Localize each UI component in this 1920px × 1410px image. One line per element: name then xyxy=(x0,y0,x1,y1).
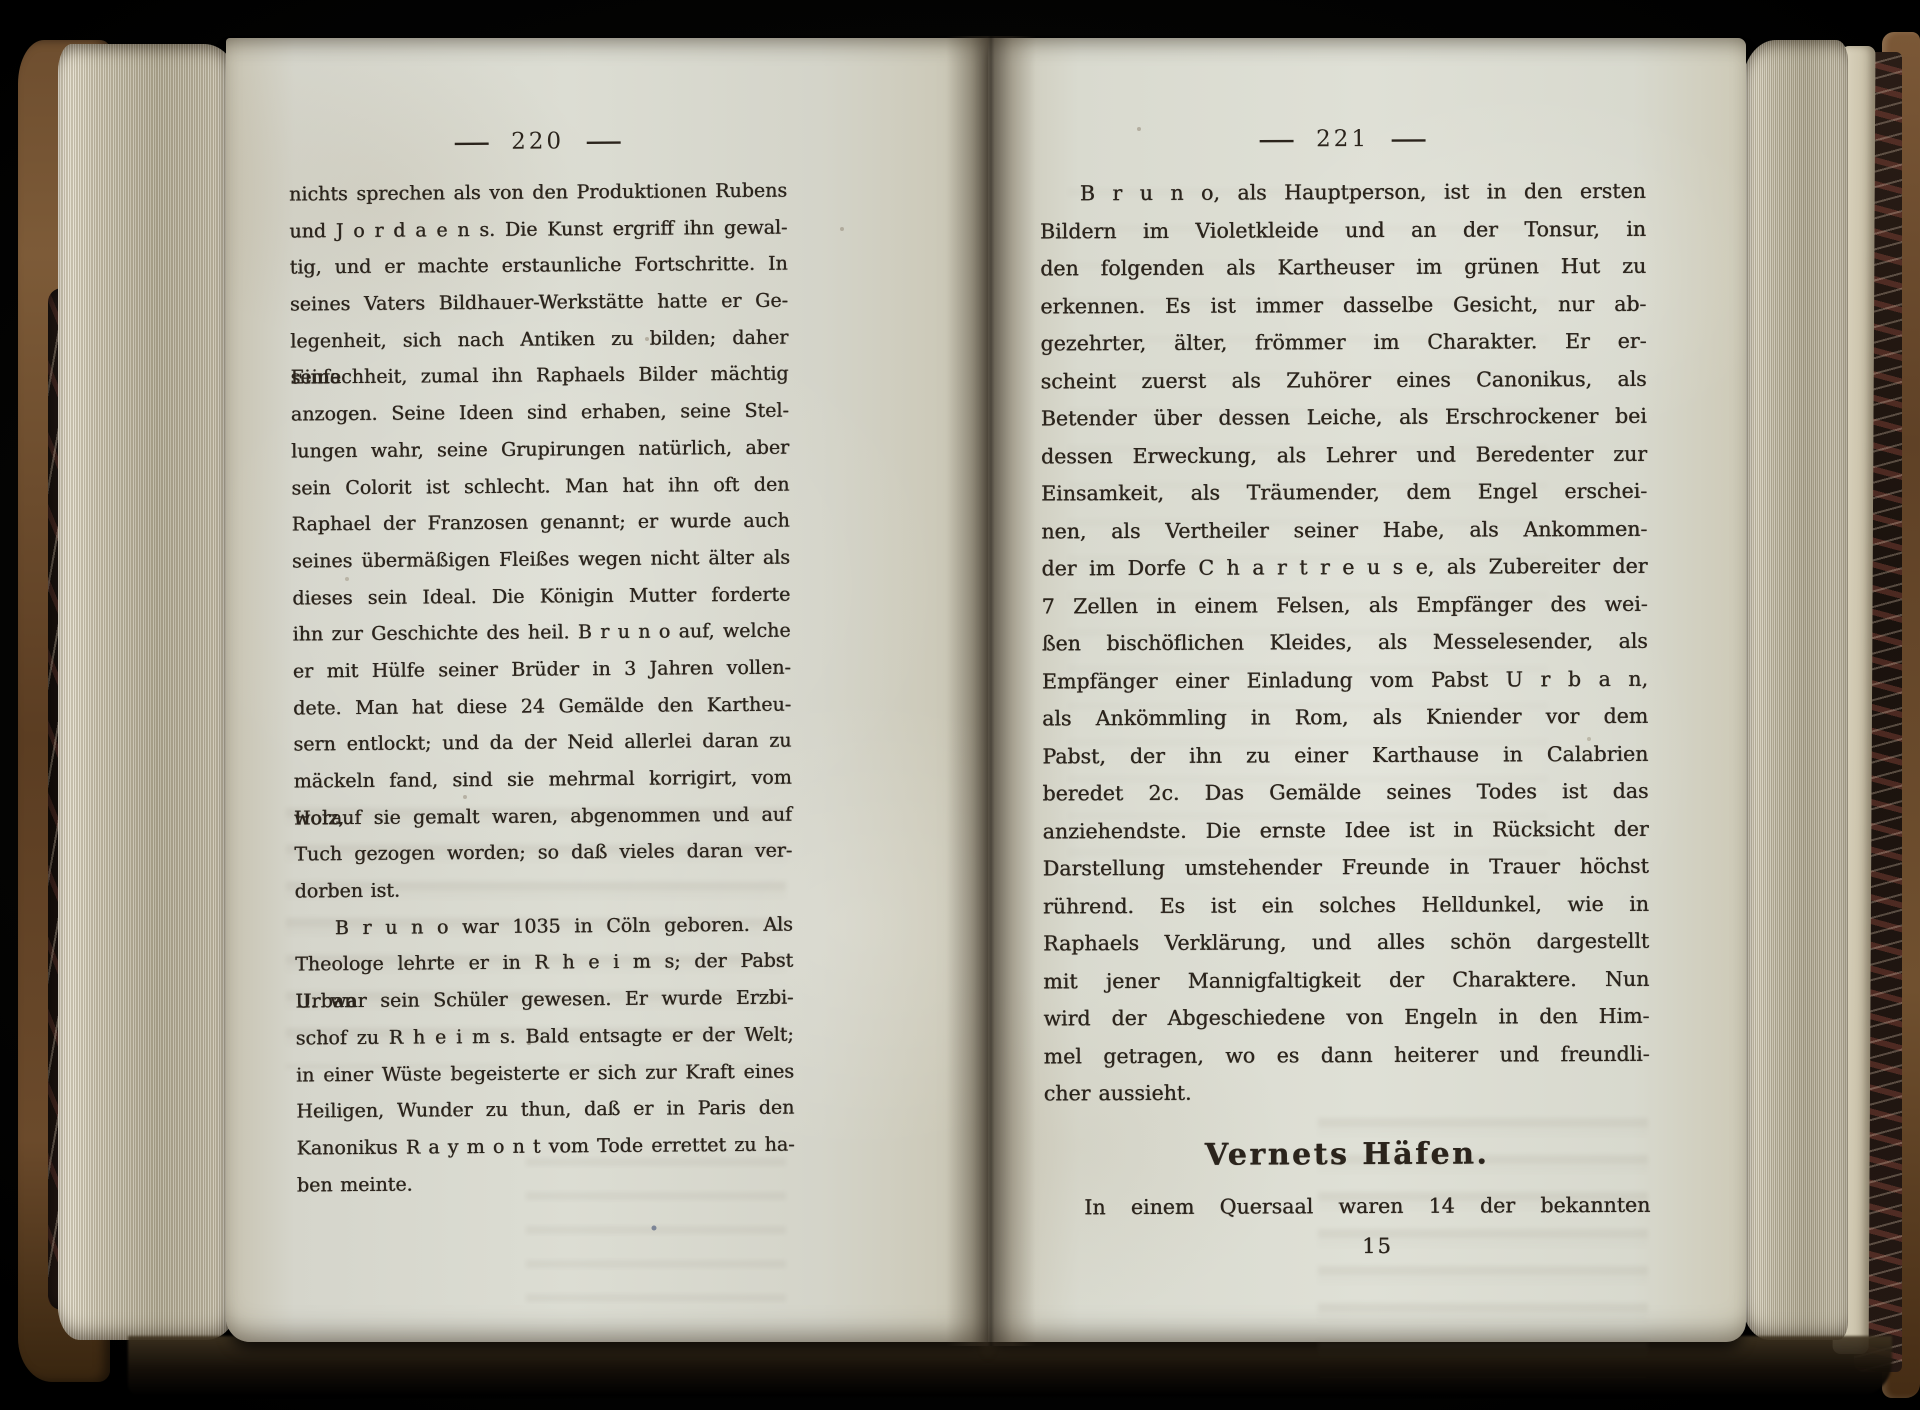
text-line: worauf sie gemalt waren, abgenommen und … xyxy=(294,796,792,837)
text-line: lungen wahr, seine Grupirungen natürlich… xyxy=(291,429,789,470)
text-line: Empfänger einer Einladung vom Pabst U r … xyxy=(1042,660,1648,700)
text-line: Heiligen, Wunder zu thun, daß er in Pari… xyxy=(296,1090,794,1131)
text-line: in einer Wüste begeisterte er sich zur K… xyxy=(296,1053,794,1094)
text-line: Pabst, der ihn zu einer Karthause in Cal… xyxy=(1042,735,1648,775)
text-line: dessen Erweckung, als Lehrer und Bereden… xyxy=(1041,435,1647,475)
text-line: Raphael der Franzosen genannt; er wurde … xyxy=(292,503,790,544)
text-line: anzogen. Seine Ideen sind erhaben, seine… xyxy=(291,393,789,434)
page-header-left: — 220 — xyxy=(289,127,787,157)
header-dash: — xyxy=(585,129,623,153)
bottom-page-edge-shadow xyxy=(128,1336,1892,1396)
text-line: anziehendste. Die ernste Idee ist in Rüc… xyxy=(1043,810,1649,850)
text-line: Bildern im Violetkleide und an der Tonsu… xyxy=(1040,210,1646,250)
text-column-right: B r u n o, als Hauptperson, ist in den e… xyxy=(1040,173,1651,1260)
text-line: B r u n o, als Hauptperson, ist in den e… xyxy=(1040,173,1646,213)
text-line: Betender über dessen Leiche, als Erschro… xyxy=(1041,398,1647,438)
text-line: als Ankömmling in Rom, als Kniender vor … xyxy=(1042,698,1648,738)
header-dash: — xyxy=(1257,127,1295,151)
text-line: legenheit, sich nach Antiken zu bilden; … xyxy=(290,319,788,360)
left-fore-edge-pages xyxy=(58,44,240,1340)
text-line: den folgenden als Kartheuser im grünen H… xyxy=(1040,248,1646,288)
text-line: und J o r d a e n s. Die Kunst ergriff i… xyxy=(289,209,787,250)
page-left: — 220 — nichts sprechen als von den Prod… xyxy=(226,38,988,1342)
text-line: sein Colorit ist schlecht. Man hat ihn o… xyxy=(291,466,789,507)
header-dash: — xyxy=(1390,127,1428,151)
text-line: ihn zur Geschichte des heil. B r u n o a… xyxy=(292,613,790,654)
text-line: II. war sein Schüler gewesen. Er wurde E… xyxy=(295,980,793,1021)
text-column-left: nichts sprechen als von den Produktionen… xyxy=(289,173,795,1204)
text-line: cher aussieht. xyxy=(1044,1073,1650,1113)
text-line: ben meinte. xyxy=(297,1163,795,1204)
text-line: Einsamkeit, als Träumender, dem Engel er… xyxy=(1041,473,1647,513)
right-fore-edge-pages xyxy=(1742,40,1848,1340)
text-line: mel getragen, wo es dann heiterer und fr… xyxy=(1044,1035,1650,1075)
page-number-right: 221 xyxy=(1316,126,1369,152)
signature-mark: 15 xyxy=(1074,1233,1680,1260)
text-line: Tuch gezogen worden; so daß vieles daran… xyxy=(294,833,792,874)
text-line: dieses sein Ideal. Die Königin Mutter fo… xyxy=(292,576,790,617)
text-line: In einem Quersaal waren 14 der bekannten xyxy=(1044,1186,1650,1226)
text-line: nichts sprechen als von den Produktionen… xyxy=(289,173,787,214)
text-line: wird der Abgeschiedene von Engeln in den… xyxy=(1043,998,1649,1038)
text-line: mit jener Mannigfaltigkeit der Charakter… xyxy=(1043,960,1649,1000)
page-header-right: — 221 — xyxy=(1040,125,1646,154)
page-number-left: 220 xyxy=(511,128,564,154)
text-line: 7 Zellen in einem Felsen, als Empfänger … xyxy=(1042,585,1648,625)
text-line: rührend. Es ist ein solches Helldunkel, … xyxy=(1043,885,1649,925)
header-dash: — xyxy=(452,130,490,154)
text-line: der im Dorfe C h a r t r e u s e, als Zu… xyxy=(1041,548,1647,588)
text-line: seines Vaters Bildhauer-Werkstätte hatte… xyxy=(290,283,788,324)
text-line: sern entlockt; und da der Neid allerlei … xyxy=(293,723,791,764)
text-line: Theologe lehrte er in R h e i m s; der P… xyxy=(295,943,793,984)
text-line: B r u n o war 1035 in Cöln geboren. Als xyxy=(295,906,793,947)
text-line: Kanonikus R a y m o n t vom Tode errette… xyxy=(296,1126,794,1167)
text-line: dete. Man hat diese 24 Gemälde den Karth… xyxy=(293,686,791,727)
text-line: beredet 2c. Das Gemälde seines Todes ist… xyxy=(1042,773,1648,813)
paper-specks xyxy=(226,38,228,40)
text-line: tig, und er machte erstaunliche Fortschr… xyxy=(290,246,788,287)
section-heading: Vernets Häfen. xyxy=(1044,1132,1650,1177)
text-line: seines übermäßigen Fleißes wegen nicht ä… xyxy=(292,539,790,580)
text-line: nen, als Vertheiler seiner Habe, als Ank… xyxy=(1041,510,1647,550)
text-line: er mit Hülfe seiner Brüder in 3 Jahren v… xyxy=(293,649,791,690)
text-line: scheint zuerst als Zuhörer eines Canonik… xyxy=(1041,360,1647,400)
text-line: Raphaels Verklärung, und alles schön dar… xyxy=(1043,923,1649,963)
text-line: ßen bischöflichen Kleides, als Messelese… xyxy=(1042,623,1648,663)
text-line: dorben ist. xyxy=(294,870,792,911)
page-right: — 221 — B r u n o, als Hauptperson, ist … xyxy=(988,38,1746,1342)
text-line: Einfachheit, zumal ihn Raphaels Bilder m… xyxy=(290,356,788,397)
text-line: erkennen. Es ist immer dasselbe Gesicht,… xyxy=(1040,285,1646,325)
text-line: gezehrter, älter, frömmer im Charakter. … xyxy=(1040,323,1646,363)
text-line: mäckeln fand, sind sie mehrmal korrigirt… xyxy=(294,760,792,801)
text-line: Darstellung umstehender Freunde in Traue… xyxy=(1043,848,1649,888)
text-line: schof zu R h e i m s. Bald entsagte er d… xyxy=(296,1016,794,1057)
body-text-right: B r u n o, als Hauptperson, ist in den e… xyxy=(1040,173,1650,1113)
book-photo: — 220 — nichts sprechen als von den Prod… xyxy=(0,0,1920,1410)
